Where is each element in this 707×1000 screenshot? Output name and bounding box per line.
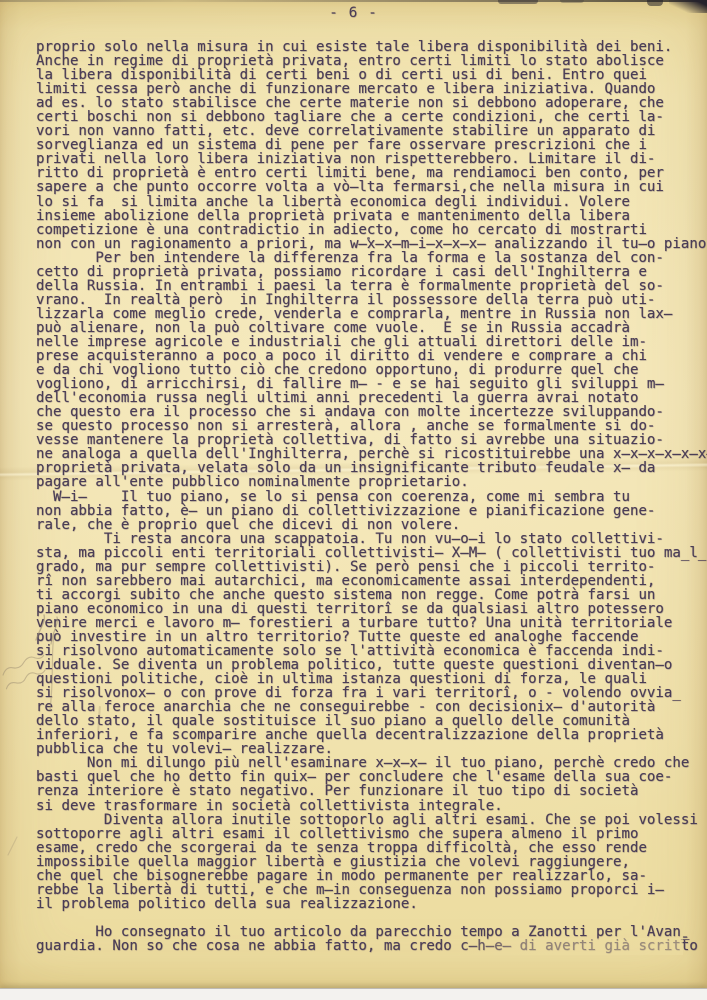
typewritten-line: che quel che bisognerebbe pagare in modo… bbox=[36, 869, 707, 883]
typewritten-line: sorveglianza ed un sistema di pene per f… bbox=[36, 138, 707, 152]
typewritten-line: si risolvono automaticamente solo se l'a… bbox=[36, 644, 707, 658]
typewritten-line: della Russia. In entrambi i paesi la ter… bbox=[36, 279, 707, 293]
typewritten-line: competizione è una contradictio in adiec… bbox=[36, 223, 707, 237]
typewritten-line: ad es. lo stato stabilisce che certe mat… bbox=[36, 96, 707, 110]
typewritten-line: Per ben intendere la differenza fra la f… bbox=[36, 251, 707, 265]
typewritten-line: Ho consegnato il tuo articolo da parecch… bbox=[36, 925, 707, 939]
typewritten-line: cetto di proprietà privata, possiamo ric… bbox=[36, 265, 707, 279]
typewritten-line: proprio solo nella misura in cui esiste … bbox=[36, 40, 707, 54]
bottom-scan-strip bbox=[0, 988, 707, 1000]
typewritten-line: certi boschi non si debbono tagliare che… bbox=[36, 110, 707, 124]
typewritten-line: Anche in regime di proprietà privata, en… bbox=[36, 54, 707, 68]
typewritten-line: proprietà privata, velata solo da un ins… bbox=[36, 461, 707, 475]
typewritten-line: renza interiore è stato negativo. Per fu… bbox=[36, 784, 707, 798]
typewritten-line: rale, che è proprio quel che dicevi di n… bbox=[36, 518, 707, 532]
typewritten-line: guardia. Non so che cosa ne abbia fatto,… bbox=[36, 939, 707, 953]
typewritten-line: grado, ma pur sempre collettivisti). Se … bbox=[36, 560, 707, 574]
typewritten-line: e da chi vogliono tutto ciò che credono … bbox=[36, 363, 707, 377]
typewritten-line: vrano. In realtà però in Inghilterra il … bbox=[36, 293, 707, 307]
typewritten-line: non abbia fatto, è̶ un piano di colletti… bbox=[36, 504, 707, 518]
typewritten-line: vogliono, di arricchirsi, di fallire m̶ … bbox=[36, 377, 707, 391]
typewritten-line: lo si fa si limita anche la libertà econ… bbox=[36, 195, 707, 209]
typewritten-line: Diventa allora inutile sottoporlo agli a… bbox=[36, 813, 707, 827]
typewritten-line: piano economico in una di questi territo… bbox=[36, 602, 707, 616]
typewritten-line: viduale. Se diventa un problema politico… bbox=[36, 658, 707, 672]
typewritten-line: venire merci e lavoro m̶ forestieri a tu… bbox=[36, 616, 707, 630]
typewritten-line: lizzarla come meglio crede, venderla e c… bbox=[36, 307, 707, 321]
typewritten-line: non con un ragionamento a priori, ma w̶x… bbox=[36, 237, 707, 251]
typewritten-line: rebbe la libertà di tutti, e che m̶in co… bbox=[36, 883, 707, 897]
typewritten-line: ti accorgi subito che anche questo siste… bbox=[36, 588, 707, 602]
page-number: - 6 - bbox=[0, 5, 707, 21]
typewritten-line bbox=[36, 911, 707, 925]
typewritten-line: insieme abolizione della proprietà priva… bbox=[36, 209, 707, 223]
typewritten-line: Ti resta ancora una scappatoia. Tu non v… bbox=[36, 532, 707, 546]
typewritten-line: impossibile quella maggior libertà e giu… bbox=[36, 855, 707, 869]
typewritten-line: rî non sarebbero mai autarchici, ma econ… bbox=[36, 574, 707, 588]
typewritten-line: W̶i̶ Il tuo piano, se lo si pensa con co… bbox=[36, 490, 707, 504]
typewritten-line: vori non vanno fatti, etc. deve correlat… bbox=[36, 124, 707, 138]
typewritten-line: esame, credo che scorgerai da te senza t… bbox=[36, 841, 707, 855]
typewritten-line: sapere a che punto occorre volta a vò̶lt… bbox=[36, 180, 707, 194]
typewritten-line: limiti cessa però anche di funzionare me… bbox=[36, 82, 707, 96]
paper-stain-spot bbox=[520, 120, 523, 122]
typewritten-line: si deve trasformare in società collettiv… bbox=[36, 799, 707, 813]
typewritten-line: il problema politico della sua realizzaz… bbox=[36, 897, 707, 911]
typewritten-line: può investire in un altro territorio? Tu… bbox=[36, 630, 707, 644]
typewritten-body: proprio solo nella misura in cui esiste … bbox=[36, 40, 707, 953]
typewritten-line: può alienare, non la può coltivare come … bbox=[36, 321, 707, 335]
ink-spot bbox=[367, 237, 370, 240]
typewritten-line: sta, ma piccoli enti territoriali collet… bbox=[36, 546, 707, 560]
typewritten-line: Non mi dilungo più nell'esaminare x̶x̶x̶… bbox=[36, 756, 707, 770]
top-edge-ink-smudge-2 bbox=[560, 0, 584, 3]
typewritten-line: pagare all'ente pubblico nominalmente pr… bbox=[36, 475, 707, 489]
scanned-letter-page: - 6 - proprio solo nella misura in cui e… bbox=[0, 0, 707, 1000]
typewritten-line: inferiori, e fa scomparire anche quella … bbox=[36, 728, 707, 742]
typewritten-line: dell'economia russa negli ultimi anni pr… bbox=[36, 391, 707, 405]
typewritten-line: sottoporre agli altri esami il collettiv… bbox=[36, 827, 707, 841]
typewritten-line: prese acquisteranno a poco a poco il dir… bbox=[36, 349, 707, 363]
top-edge-shadow bbox=[0, 0, 707, 2]
top-edge-ink-smudge bbox=[498, 0, 538, 4]
typewritten-line: nelle imprese agricole e industriali che… bbox=[36, 335, 707, 349]
